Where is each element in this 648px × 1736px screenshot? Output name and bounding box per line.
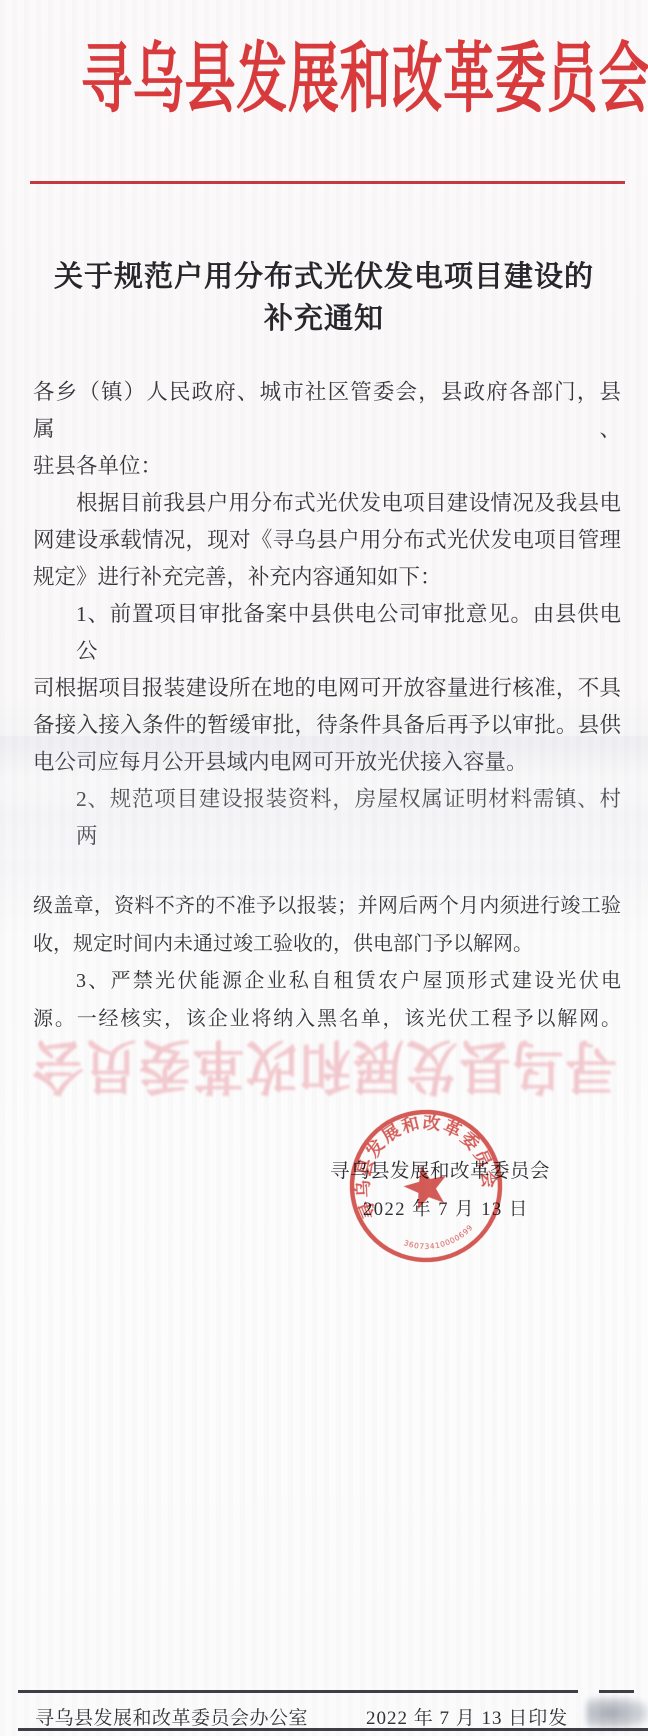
signature-organization: 寻乌县发展和改革委员会 xyxy=(330,1155,550,1183)
body-line: 1、前置项目审批备案中县供电公司审批意见。由县供电公 xyxy=(33,596,621,670)
body-line: 级盖章，资料不齐的不准予以报装；并网后两个月内须进行竣工验 xyxy=(33,888,621,926)
recipients-line: 各乡（镇）人民政府、城市社区管委会，县政府各部门，县属、 xyxy=(33,374,621,448)
body-line: 备接入接入条件的暂缓审批，待条件具备后再予以审批。县供 xyxy=(33,707,621,744)
seal-code: 36073410000699 xyxy=(401,1221,478,1258)
footer-rule-bottom xyxy=(18,1728,648,1731)
body-line: 网建设承载情况，现对《寻乌县户用分布式光伏发电项目管理 xyxy=(33,522,621,559)
body-line: 规定》进行补充完善，补充内容通知如下： xyxy=(33,559,621,596)
footer-rule-top-segment xyxy=(599,1690,634,1693)
svg-text:36073410000699: 36073410000699 xyxy=(401,1221,478,1258)
footer-issuing-office: 寻乌县发展和改革委员会办公室 xyxy=(35,1703,308,1730)
official-red-seal: 寻乌县发展和改革委员会 36073410000699 xyxy=(329,1089,523,1283)
document-title: 关于规范户用分布式光伏发电项目建设的 补充通知 xyxy=(0,256,648,340)
body-line: 3、严禁光伏能源企业私自租赁农户屋顶形式建设光伏电 xyxy=(33,963,621,1001)
footer-rule-top xyxy=(18,1690,578,1693)
bleed-through-watermark: 寻乌县发展和改革委员会 xyxy=(26,1028,622,1112)
body-line: 收，规定时间内未通过竣工验收的，供电部门予以解网。 xyxy=(33,926,621,964)
letterhead-agency-title: 寻乌县发展和改革委员会 xyxy=(81,18,567,128)
letterhead-red-rule xyxy=(30,181,625,184)
footer-print-date: 2022 年 7 月 13 日印发 xyxy=(366,1703,568,1730)
official-document-page: 寻乌县发展和改革委员会 关于规范户用分布式光伏发电项目建设的 补充通知 各乡（镇… xyxy=(0,0,648,1736)
body-line: 司根据项目报装建设所在地的电网可开放容量进行核准，不具 xyxy=(33,670,621,707)
document-title-line2: 补充通知 xyxy=(0,298,648,340)
body-page1: 各乡（镇）人民政府、城市社区管委会，县政府各部门，县属、 驻县各单位： 根据目前… xyxy=(33,374,621,855)
body-line: 根据目前我县户用分布式光伏发电项目建设情况及我县电 xyxy=(33,485,621,522)
scan-smudge xyxy=(586,1697,648,1729)
body-line: 电公司应每月公开县域内电网可开放光伏接入容量。 xyxy=(33,744,621,781)
body-line: 2、规范项目建设报装资料，房屋权属证明材料需镇、村两 xyxy=(33,781,621,855)
recipients-line: 驻县各单位： xyxy=(33,448,621,485)
signature-date: 2022 年 7 月 13 日 xyxy=(363,1195,529,1221)
document-title-line1: 关于规范户用分布式光伏发电项目建设的 xyxy=(0,256,648,298)
body-page2: 级盖章，资料不齐的不准予以报装；并网后两个月内须进行竣工验 收，规定时间内未通过… xyxy=(33,888,621,1038)
